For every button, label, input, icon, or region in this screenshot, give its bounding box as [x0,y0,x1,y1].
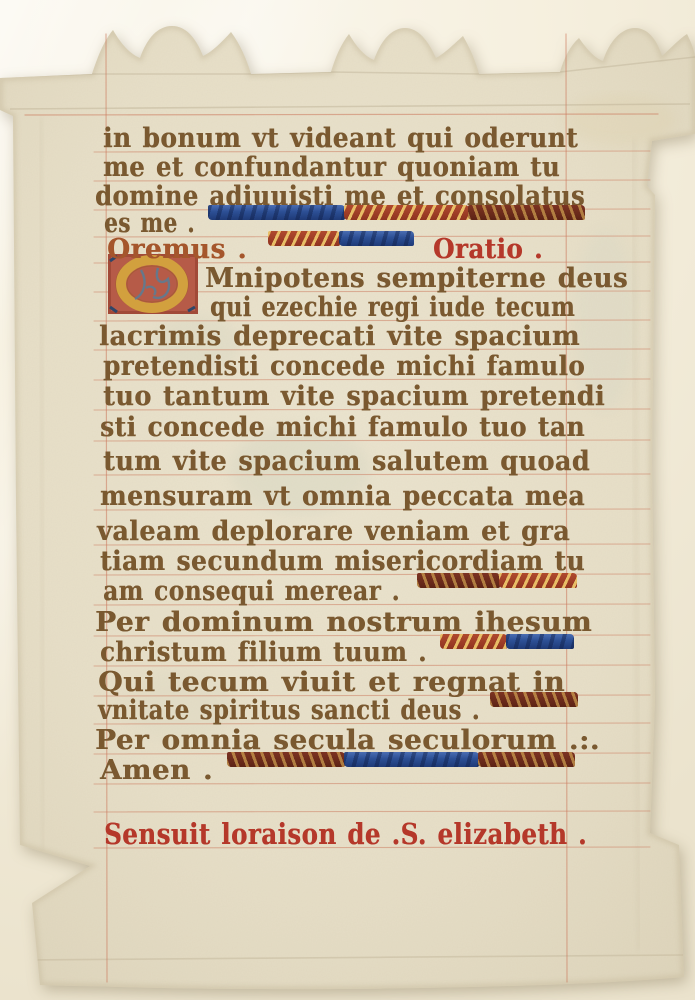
line-filler-ornament [440,634,573,661]
manuscript-line-18: christum filium tuum . [100,639,573,666]
text-run: Mnipotens sempiterne deus [205,265,628,292]
manuscript-line-21: Per omnia secula seculorum .:. [95,727,600,754]
manuscript-line-10: tuo tantum vite spacium pretendi [103,383,605,410]
filler-segment-maroon [417,573,500,588]
filler-segment-blue [339,231,414,246]
manuscript-line-14: valeam deplorare veniam et gra [97,518,570,545]
manuscript-line-20: vnitate spiritus sancti deus . [98,697,577,724]
filler-segment-blue [506,634,574,649]
text-run: me et confundantur quoniam tu [103,154,560,181]
text-run: lacrimis deprecati vite spacium [99,323,580,350]
manuscript-line-7: qui ezechie regi iude tecum [210,294,575,321]
manuscript-line-5: Oremus .Oratio . [107,236,543,263]
manuscript-line-17: Per dominum nostrum ihesum [95,609,592,636]
text-run: tuo tantum vite spacium pretendi [103,383,605,410]
filler-segment-red [499,573,577,588]
text-run: mensuram vt omnia peccata mea [100,483,585,510]
manuscript-line-6: Mnipotens sempiterne deus [205,265,628,292]
filler-segment-maroon [468,205,585,220]
text-run: es me . [104,210,195,237]
text-run: tiam secundum misericordiam tu [100,548,585,575]
text-run: Sensuit loraison de .S. elizabeth . [104,821,587,848]
text-run: qui ezechie regi iude tecum [210,294,575,321]
text-run: vnitate spiritus sancti deus . [98,697,480,724]
manuscript-text-block: in bonum vt videant qui oderuntme et con… [0,0,695,1000]
manuscript-line-22: Amen . [100,757,574,784]
filler-segment-blue [208,205,345,220]
manuscript-line-15: tiam secundum misericordiam tu [100,548,585,575]
filler-segment-maroon [490,692,578,707]
manuscript-line-9: pretendisti concede michi famulo [103,353,585,380]
manuscript-line-12: tum vite spacium salutem quoad [103,448,590,475]
filler-segment-maroon [227,752,345,767]
manuscript-line-13: mensuram vt omnia peccata mea [100,483,585,510]
text-run: christum filium tuum . [100,639,427,666]
manuscript-line-16: am consequi merear . [103,578,576,605]
text-run: sti concede michi famulo tuo tan [100,414,585,441]
text-run: Per omnia secula seculorum .:. [95,727,600,754]
text-run: Amen . [100,757,213,784]
line-filler-ornament [490,692,577,719]
text-run: valeam deplorare veniam et gra [97,518,570,545]
text-run: in bonum vt videant qui oderunt [103,125,578,152]
text-run: Oratio . [433,236,543,263]
text-run: tum vite spacium salutem quoad [103,448,590,475]
filler-segment-red [344,205,469,220]
text-run: Per dominum nostrum ihesum [95,609,592,636]
text-run: am consequi merear . [103,578,400,605]
line-filler-ornament [417,573,576,600]
text-run: pretendisti concede michi famulo [103,353,585,380]
manuscript-line-8: lacrimis deprecati vite spacium [99,323,580,350]
filler-segment-red [440,634,507,649]
filler-segment-blue [344,752,479,767]
filler-segment-red [268,231,340,246]
line-filler-ornament [227,752,574,779]
line-filler-ornament [208,205,584,232]
manuscript-photo: in bonum vt videant qui oderuntme et con… [0,0,695,1000]
rubric-line: Sensuit loraison de .S. elizabeth . [104,821,587,848]
filler-segment-maroon [478,752,575,767]
text-run: Oremus . [107,236,247,263]
manuscript-line-11: sti concede michi famulo tuo tan [100,414,585,441]
line-filler-ornament [268,231,413,258]
manuscript-line-1: in bonum vt videant qui oderunt [103,125,578,152]
manuscript-line-2: me et confundantur quoniam tu [103,154,560,181]
